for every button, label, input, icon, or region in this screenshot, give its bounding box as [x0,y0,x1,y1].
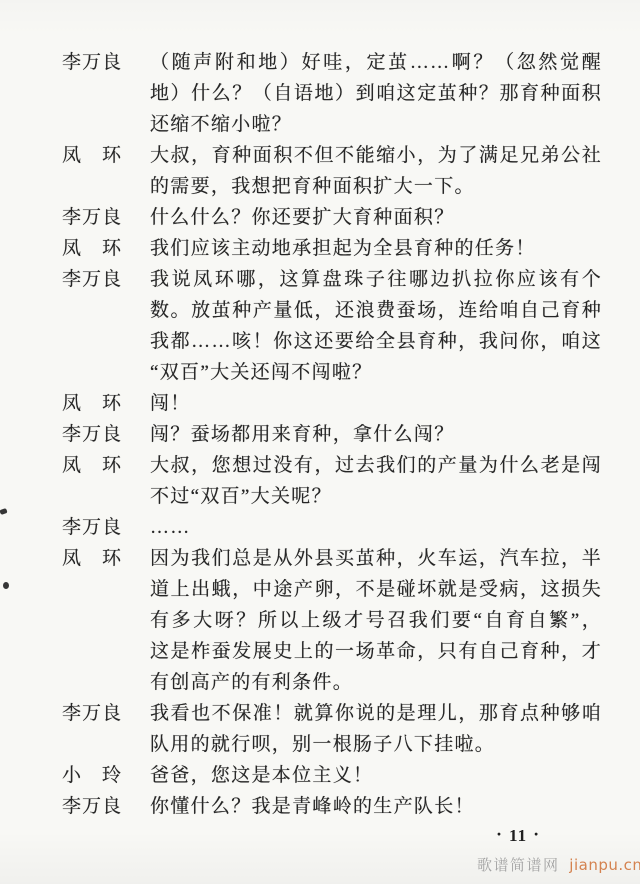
dialogue-line: 大叔，育种面积不但不能缩小，为了满足兄弟公社 [150,140,602,171]
dialogue-entry: 李万良 你懂什么？我是青峰岭的生产队长！ [62,791,640,822]
dialogue-entry: 凤 环 闯！ [62,388,640,419]
dialogue-lines: 我说凤环哪，这算盘珠子往哪边扒拉你应该有个 数。放茧种产量低，还浪费蚕场，连给咱… [150,264,602,388]
dialogue-line: 什么什么？你还要扩大育种面积？ [150,202,602,233]
dialogue-line: 道上出蛾，中途产卵，不是碰坏就是受病，这损失 [150,574,602,605]
dialogue-entry: 李万良 我说凤环哪，这算盘珠子往哪边扒拉你应该有个 数。放茧种产量低，还浪费蚕场… [62,264,640,388]
dialogue-entry: 李万良 （随声附和地）好哇，定茧……啊？（忽然觉醒 地）什么？（自语地）到咱这定… [62,47,640,140]
dialogue-line: （随声附和地）好哇，定茧……啊？（忽然觉醒 [150,47,602,78]
speaker-name: 李万良 [62,791,150,822]
speaker-name: 李万良 [62,512,150,543]
page-number-right-dot: · [527,824,546,844]
dialogue-entry: 李万良 我看也不保准！就算你说的是理儿，那育点种够咱 队用的就行呗，别一根肠子八… [62,698,640,760]
page-number-value: 11 [509,826,527,845]
dialogue-line: 不过“双百”大关呢？ [150,481,602,512]
speaker-name: 李万良 [62,698,150,760]
dialogue-content: 李万良 （随声附和地）好哇，定茧……啊？（忽然觉醒 地）什么？（自语地）到咱这定… [0,0,640,822]
dialogue-lines: 什么什么？你还要扩大育种面积？ [150,202,602,233]
speaker-name: 李万良 [62,47,150,140]
dialogue-line: 的需要，我想把育种面积扩大一下。 [150,171,602,202]
dialogue-lines: 我们应该主动地承担起为全县育种的任务！ [150,233,602,264]
dialogue-entry: 凤 环 大叔，育种面积不但不能缩小，为了满足兄弟公社 的需要，我想把育种面积扩大… [62,140,640,202]
dialogue-entry: 小 玲 爸爸，您这是本位主义！ [62,760,640,791]
dialogue-line: 我看也不保准！就算你说的是理儿，那育点种够咱 [150,698,602,729]
watermark-site-name: 歌谱简谱网 [477,856,560,874]
dialogue-entry: 凤 环 我们应该主动地承担起为全县育种的任务！ [62,233,640,264]
page-number-left-dot: · [490,824,509,844]
speaker-name: 凤 环 [62,543,150,698]
speaker-name: 李万良 [62,202,150,233]
speaker-name: 凤 环 [62,140,150,202]
dialogue-line: 这是柞蚕发展史上的一场革命，只有自己育种，才 [150,636,602,667]
dialogue-lines: 爸爸，您这是本位主义！ [150,760,602,791]
dialogue-entry: 李万良 什么什么？你还要扩大育种面积？ [62,202,640,233]
speaker-name: 凤 环 [62,450,150,512]
ink-speck [3,582,9,589]
dialogue-lines: 你懂什么？我是青峰岭的生产队长！ [150,791,602,822]
speaker-name: 凤 环 [62,233,150,264]
dialogue-lines: 大叔，育种面积不但不能缩小，为了满足兄弟公社 的需要，我想把育种面积扩大一下。 [150,140,602,202]
dialogue-line: 还缩不缩小啦？ [150,109,602,140]
speaker-name: 李万良 [62,419,150,450]
speaker-name: 凤 环 [62,388,150,419]
dialogue-line: 有多大呀？所以上级才号召我们要“自育自繁”， [150,605,602,636]
dialogue-lines: 闯？蚕场都用来育种，拿什么闯？ [150,419,602,450]
dialogue-line: 我说凤环哪，这算盘珠子往哪边扒拉你应该有个 [150,264,602,295]
watermark-site-url: jianpu.cn [569,856,640,874]
dialogue-line: 队用的就行呗，别一根肠子八下挂啦。 [150,729,602,760]
dialogue-lines: …… [150,512,602,543]
dialogue-line: 大叔，您想过没有，过去我们的产量为什么老是闯 [150,450,602,481]
dialogue-lines: 因为我们总是从外县买茧种，火车运，汽车拉，半 道上出蛾，中途产卵，不是碰坏就是受… [150,543,602,698]
speaker-name: 李万良 [62,264,150,388]
dialogue-line: 闯！ [150,388,602,419]
dialogue-line: 我都……咳！你这还要给全县育种，我问你，咱这 [150,326,602,357]
dialogue-entry: 凤 环 因为我们总是从外县买茧种，火车运，汽车拉，半 道上出蛾，中途产卵，不是碰… [62,543,640,698]
speaker-name: 小 玲 [62,760,150,791]
dialogue-line: 数。放茧种产量低，还浪费蚕场，连给咱自己育种 [150,295,602,326]
dialogue-lines: 我看也不保准！就算你说的是理儿，那育点种够咱 队用的就行呗，别一根肠子八下挂啦。 [150,698,602,760]
dialogue-entry: 李万良 …… [62,512,640,543]
dialogue-line: …… [150,512,602,543]
dialogue-entry: 李万良 闯？蚕场都用来育种，拿什么闯？ [62,419,640,450]
dialogue-lines: 大叔，您想过没有，过去我们的产量为什么老是闯 不过“双百”大关呢？ [150,450,602,512]
dialogue-entry: 凤 环 大叔，您想过没有，过去我们的产量为什么老是闯 不过“双百”大关呢？ [62,450,640,512]
dialogue-lines: （随声附和地）好哇，定茧……啊？（忽然觉醒 地）什么？（自语地）到咱这定茧种？那… [150,47,602,140]
dialogue-line: “双百”大关还闯不闯啦？ [150,357,602,388]
dialogue-line: 闯？蚕场都用来育种，拿什么闯？ [150,419,602,450]
dialogue-line: 有创高产的有利条件。 [150,667,602,698]
watermark: 歌谱简谱网 jianpu.cn [477,854,640,875]
dialogue-line: 我们应该主动地承担起为全县育种的任务！ [150,233,602,264]
dialogue-line: 爸爸，您这是本位主义！ [150,760,602,791]
dialogue-line: 你懂什么？我是青峰岭的生产队长！ [150,791,602,822]
scanned-script-page: 李万良 （随声附和地）好哇，定茧……啊？（忽然觉醒 地）什么？（自语地）到咱这定… [0,0,640,884]
dialogue-line: 因为我们总是从外县买茧种，火车运，汽车拉，半 [150,543,602,574]
dialogue-lines: 闯！ [150,388,602,419]
page-number: ·11· [490,824,546,846]
dialogue-line: 地）什么？（自语地）到咱这定茧种？那育种面积 [150,78,602,109]
